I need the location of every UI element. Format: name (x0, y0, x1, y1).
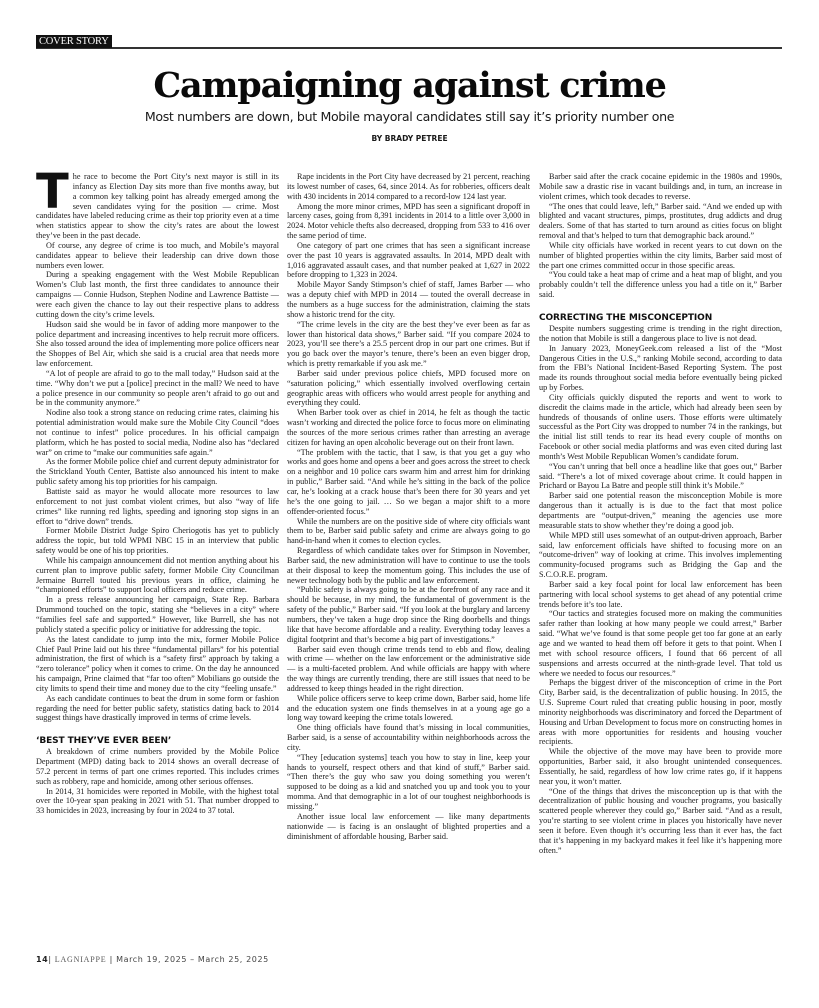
paragraph: “The problem with the tactic, that I saw… (287, 448, 530, 517)
paragraph: “The crime levels in the city are the be… (287, 320, 530, 369)
paragraph: Regardless of which candidate takes over… (287, 546, 530, 585)
paragraph: Barber said under previous police chiefs… (287, 369, 530, 408)
drop-cap: T (36, 173, 69, 211)
footer-separator: | (110, 955, 113, 964)
issue-dates: March 19, 2025 – March 25, 2025 (116, 955, 269, 964)
paragraph: While the objective of the move may have… (539, 747, 782, 786)
paragraph: The race to become the Port City’s next … (36, 172, 279, 241)
paragraph: Among the more minor crimes, MPD has see… (287, 202, 530, 241)
paragraph: Of course, any degree of crime is too mu… (36, 241, 279, 271)
paragraph: In 2014, 31 homicides were reported in M… (36, 787, 279, 817)
paragraph: “The ones that could leave, left,” Barbe… (539, 202, 782, 241)
section-tag: COVER STORY (36, 35, 112, 48)
subhead-correcting-the-misconception: CORRECTING THE MISCONCEPTION (539, 313, 782, 324)
paragraph: Former Mobile District Judge Spiro Cheri… (36, 526, 279, 556)
paragraph: A breakdown of crime numbers provided by… (36, 747, 279, 786)
paragraph: Barber said one potential reason the mis… (539, 491, 782, 530)
paragraph: While city officials have worked in rece… (539, 241, 782, 271)
paragraph: “One of the things that drives the misco… (539, 787, 782, 856)
paragraph: Hudson said she would be in favor of add… (36, 320, 279, 369)
paragraph: Rape incidents in the Port City have dec… (287, 172, 530, 202)
page-footer: 14| LAGNIAPPE | March 19, 2025 – March 2… (36, 955, 269, 964)
paragraph: In a press release announcing her campai… (36, 595, 279, 634)
paragraph: As each candidate continues to beat the … (36, 694, 279, 724)
paragraph: Barber said a key focal point for local … (539, 580, 782, 610)
paragraph: “A lot of people are afraid to go to the… (36, 369, 279, 408)
paragraph: Another issue local law enforcement — li… (287, 812, 530, 842)
paragraph: One thing officials have found that’s mi… (287, 723, 530, 753)
paragraph: Barber said even though crime trends ten… (287, 645, 530, 694)
paragraph: “Public safety is always going to be at … (287, 585, 530, 644)
paragraph: Nodine also took a strong stance on redu… (36, 408, 279, 457)
paragraph: “Our tactics and strategies focused more… (539, 609, 782, 678)
paragraph: As the former Mobile police chief and cu… (36, 457, 279, 487)
section-header: COVER STORY (36, 35, 782, 49)
paragraph: While police officers serve to keep crim… (287, 694, 530, 724)
paragraph: While MPD still uses somewhat of an outp… (539, 531, 782, 580)
headline: Campaigning against crime (0, 66, 819, 106)
paragraph: “You could take a heat map of crime and … (539, 270, 782, 300)
section-rule (36, 47, 782, 49)
paragraph: While his campaign announcement did not … (36, 556, 279, 595)
dek: Most numbers are down, but Mobile mayora… (0, 109, 819, 125)
paragraph: While the numbers are on the positive si… (287, 517, 530, 547)
byline: BY BRADY PETREE (0, 134, 819, 143)
paragraph: As the latest candidate to jump into the… (36, 635, 279, 694)
publication-name: LAGNIAPPE (55, 955, 107, 964)
paragraph: Mobile Mayor Sandy Stimpson’s chief of s… (287, 280, 530, 319)
paragraph: Perhaps the biggest driver of the miscon… (539, 678, 782, 747)
paragraph: Despite numbers suggesting crime is tren… (539, 324, 782, 344)
paragraph: When Barber took over as chief in 2014, … (287, 408, 530, 447)
article-column-1: The race to become the Port City’s next … (36, 172, 279, 816)
subhead-best-they-ve-ever-been: ‘BEST THEY’VE EVER BEEN’ (36, 736, 279, 747)
paragraph: City officials quickly disputed the repo… (539, 393, 782, 462)
article-column-2: Rape incidents in the Port City have dec… (287, 172, 530, 841)
paragraph: One category of part one crimes that has… (287, 241, 530, 280)
paragraph: “You can’t unring that bell once a headl… (539, 462, 782, 492)
paragraph: During a speaking engagement with the We… (36, 270, 279, 319)
paragraph: Battiste said as mayor he would allocate… (36, 487, 279, 526)
paragraph: Barber said after the crack cocaine epid… (539, 172, 782, 202)
article-column-3: Barber said after the crack cocaine epid… (539, 172, 782, 856)
paragraph: In January 2023, MoneyGeek.com released … (539, 344, 782, 393)
footer-separator: | (48, 955, 51, 964)
page-number: 14 (36, 955, 48, 964)
paragraph: “They [education systems] teach you how … (287, 753, 530, 812)
